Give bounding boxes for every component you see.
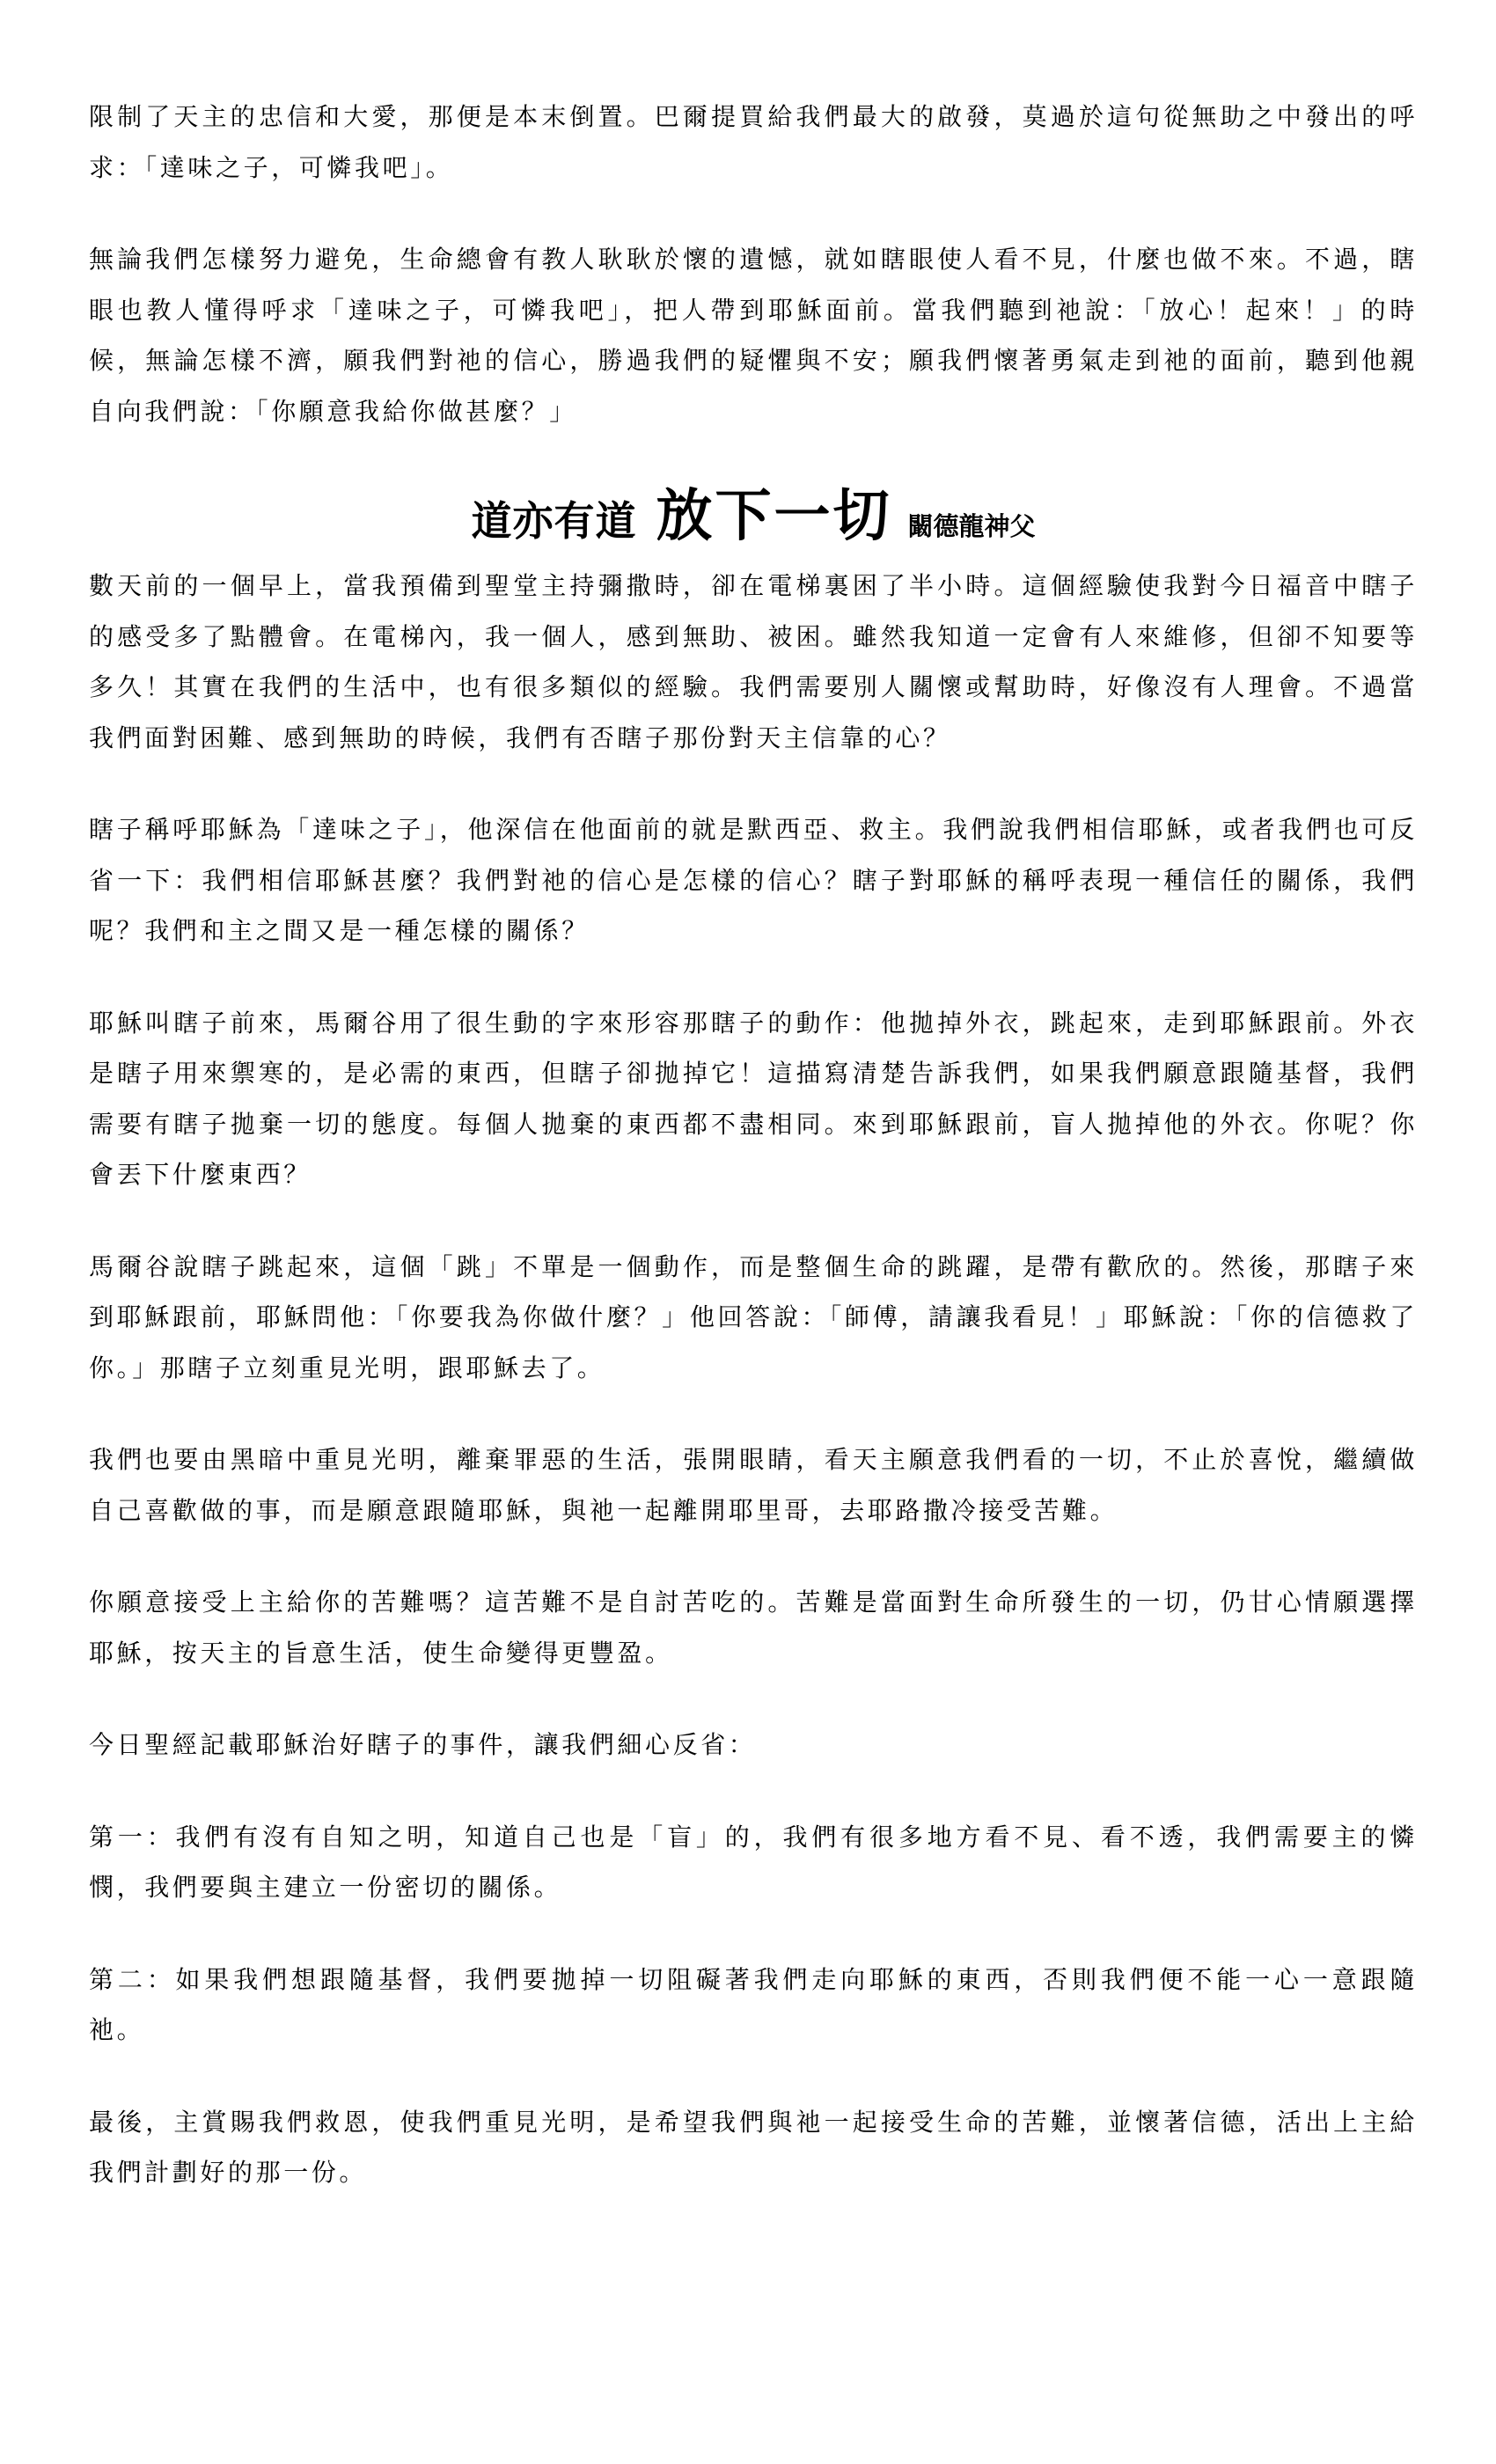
article-paragraph-5: 我們也要由黑暗中重見光明，離棄罪惡的生活，張開眼睛，看天主願意我們看的一切，不止… [89, 1434, 1418, 1536]
intro-paragraph-1: 限制了天主的忠信和大愛，那便是本末倒置。巴爾提買給我們最大的啟發，莫過於這句從無… [89, 92, 1418, 193]
intro-paragraph-2: 無論我們怎樣努力避免，生命總會有教人耿耿於懷的遺憾，就如瞎眼使人看不見，什麼也做… [89, 234, 1418, 436]
reflection-intro: 今日聖經記載耶穌治好瞎子的事件，讓我們細心反省： [89, 1720, 1418, 1771]
document-page: 限制了天主的忠信和大愛，那便是本末倒置。巴爾提買給我們最大的啟發，莫過於這句從無… [89, 92, 1418, 2240]
column-name: 道亦有道 [471, 497, 636, 545]
closing-paragraph: 最後，主賞賜我們救恩，使我們重見光明，是希望我們與祂一起接受生命的苦難，並懷著信… [89, 2097, 1418, 2198]
reflection-point-1: 第一：我們有沒有自知之明，知道自己也是「盲」的，我們有很多地方看不見、看不透，我… [89, 1812, 1418, 1913]
article-paragraph-4: 馬爾谷說瞎子跳起來，這個「跳」不單是一個動作，而是整個生命的跳躍，是帶有歡欣的。… [89, 1242, 1418, 1394]
article-paragraph-3: 耶穌叫瞎子前來，馬爾谷用了很生動的字來形容那瞎子的動作：他拋掉外衣，跳起來，走到… [89, 998, 1418, 1200]
article-paragraph-1: 數天前的一個早上，當我預備到聖堂主持彌撒時，卻在電梯裏困了半小時。這個經驗使我對… [89, 561, 1418, 763]
article-paragraph-6: 你願意接受上主給你的苦難嗎？這苦難不是自討苦吃的。苦難是當面對生命所發生的一切，… [89, 1577, 1418, 1678]
article-title: 放下一切 [656, 484, 891, 549]
reflection-point-2: 第二：如果我們想跟隨基督，我們要拋掉一切阻礙著我們走向耶穌的東西，否則我們便不能… [89, 1954, 1418, 2056]
article-heading: 道亦有道放下一切闞德龍神父 [89, 478, 1418, 555]
article-author: 闞德龍神父 [907, 511, 1035, 541]
article-paragraph-2: 瞎子稱呼耶穌為「達味之子」，他深信在他面前的就是默西亞、救主。我們說我們相信耶穌… [89, 804, 1418, 957]
